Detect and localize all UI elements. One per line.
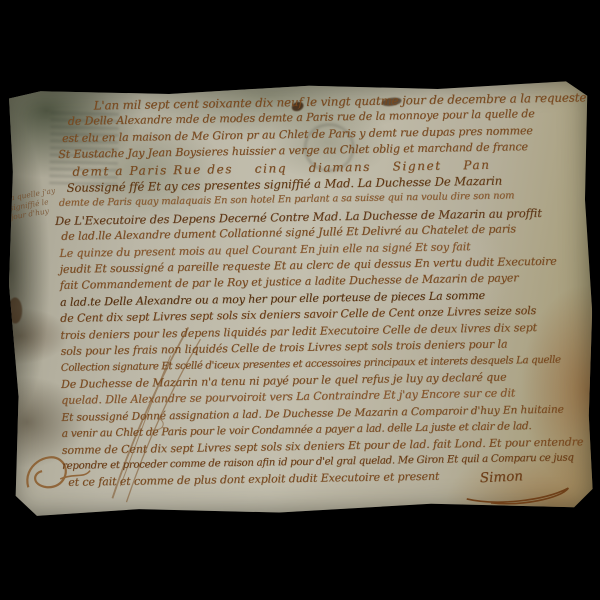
signature-flourish [462, 482, 575, 509]
photograph-background: la quelle j'ay signiffié le jour d'huy L… [0, 0, 600, 600]
parchment-document: la quelle j'ay signiffié le jour d'huy L… [5, 78, 594, 517]
edge-stain [8, 297, 22, 323]
manuscript-text: L'an mil sept cent soixante dix neuf le … [58, 92, 587, 511]
signature: Simon [461, 465, 583, 513]
